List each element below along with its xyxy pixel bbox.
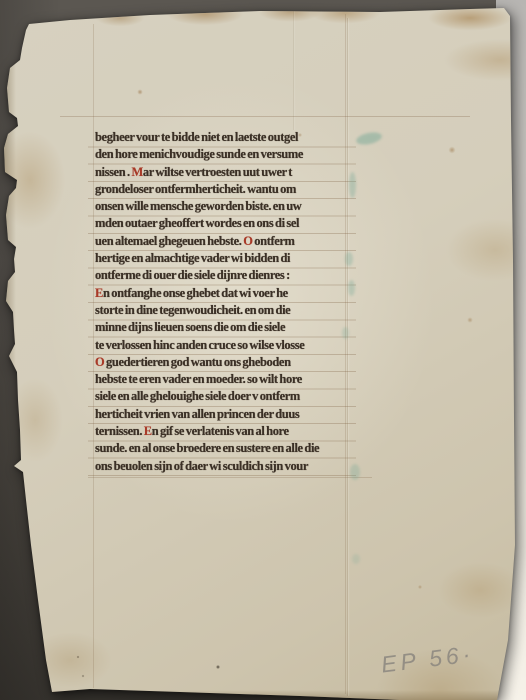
text-line: O guedertieren god wantu ons gheboden — [95, 354, 350, 371]
text-line: ontferme di ouer die siele dijnre dienre… — [95, 267, 350, 284]
rubricated-initial: O — [95, 355, 104, 369]
text-segment: minne dijns lieuen soens die om die siel… — [95, 320, 285, 334]
text-segment: siele en alle ghelouighe siele doer v on… — [95, 389, 300, 403]
text-segment: guedertieren god wantu ons gheboden — [104, 355, 290, 369]
text-line: hebste te eren vader en moeder. so wilt … — [95, 371, 350, 388]
text-segment: grondeloser ontfermherticheit. wantu om — [95, 182, 296, 196]
text-line: begheer vour te bidde niet en laetste ou… — [95, 129, 350, 146]
pencil-inscription: EP 56· — [380, 640, 476, 678]
ruling-line-top — [60, 116, 470, 117]
text-segment: onsen wille mensche geworden biste. en u… — [95, 199, 301, 213]
text-segment: begheer vour te bidde niet en laetste ou… — [95, 130, 298, 144]
show-through-mark — [348, 280, 355, 296]
text-segment: uen altemael ghegeuen hebste. — [95, 234, 243, 248]
manuscript-leaf: begheer vour te bidde niet en laetste ou… — [0, 0, 526, 700]
text-segment: ar wiltse vertroesten uut uwer t — [143, 165, 292, 179]
rubricated-initial: O — [243, 234, 252, 248]
text-segment: nissen . — [95, 165, 131, 179]
text-segment: n ontfanghe onse ghebet dat wi voer he — [103, 286, 288, 300]
text-line: grondeloser ontfermherticheit. wantu om — [95, 181, 350, 198]
text-line: storte in dine tegenwoudicheit. en om di… — [95, 302, 350, 319]
text-segment: ontferm — [253, 234, 295, 248]
text-line: onsen wille mensche geworden biste. en u… — [95, 198, 350, 215]
show-through-mark — [352, 554, 360, 564]
text-segment: ternissen. — [95, 424, 144, 438]
text-segment: hebste te eren vader en moeder. so wilt … — [95, 372, 302, 386]
rubricated-initial: M — [131, 165, 142, 179]
text-line: den hore menichvoudige sunde en versume — [95, 146, 350, 163]
text-line: sunde. en al onse broedere en sustere en… — [95, 440, 350, 457]
text-line: mden outaer gheoffert wordes en ons di s… — [95, 215, 350, 232]
text-segment: mden outaer gheoffert wordes en ons di s… — [95, 216, 299, 230]
text-segment: sunde. en al onse broedere en sustere en… — [95, 441, 319, 455]
text-segment: herticheit vrien van allen princen der d… — [95, 407, 299, 421]
text-line: nissen . Mar wiltse vertroesten uut uwer… — [95, 164, 350, 181]
text-segment: hertige en almachtige vader wi bidden di — [95, 251, 290, 265]
text-line: te verlossen hinc anden cruce so wilse v… — [95, 337, 350, 354]
text-line: minne dijns lieuen soens die om die siel… — [95, 319, 350, 336]
text-line: ternissen. En gif se verlatenis van al h… — [95, 423, 350, 440]
text-segment: te verlossen hinc anden cruce so wilse v… — [95, 338, 304, 352]
text-line: ons beuolen sijn of daer wi sculdich sij… — [95, 458, 350, 475]
text-segment: ons beuolen sijn of daer wi sculdich sij… — [95, 459, 308, 473]
rubricated-initial: E — [95, 286, 103, 300]
text-line: hertige en almachtige vader wi bidden di — [95, 250, 350, 267]
show-through-mark — [355, 130, 383, 146]
photo-backdrop: begheer vour te bidde niet en laetste ou… — [0, 0, 526, 700]
text-line: siele en alle ghelouighe siele doer v on… — [95, 388, 350, 405]
show-through-mark — [350, 464, 360, 480]
text-line: uen altemael ghegeuen hebste. O ontferm — [95, 233, 350, 250]
text-segment: n gif se verlatenis van al hore — [152, 424, 289, 438]
show-through-mark — [342, 327, 349, 339]
manuscript-leaf-shadow: begheer vour te bidde niet en laetste ou… — [0, 0, 526, 700]
text-block: begheer vour te bidde niet en laetste ou… — [95, 129, 350, 475]
show-through-mark — [349, 172, 356, 198]
text-segment: storte in dine tegenwoudicheit. en om di… — [95, 303, 290, 317]
vertical-crease-faint — [293, 10, 294, 130]
text-line: herticheit vrien van allen princen der d… — [95, 406, 350, 423]
show-through-mark — [345, 252, 353, 266]
text-line: En ontfanghe onse ghebet dat wi voer he — [95, 285, 350, 302]
rubricated-initial: E — [144, 424, 152, 438]
text-segment: den hore menichvoudige sunde en versume — [95, 147, 303, 161]
text-segment: ontferme di ouer die siele dijnre dienre… — [95, 268, 290, 282]
